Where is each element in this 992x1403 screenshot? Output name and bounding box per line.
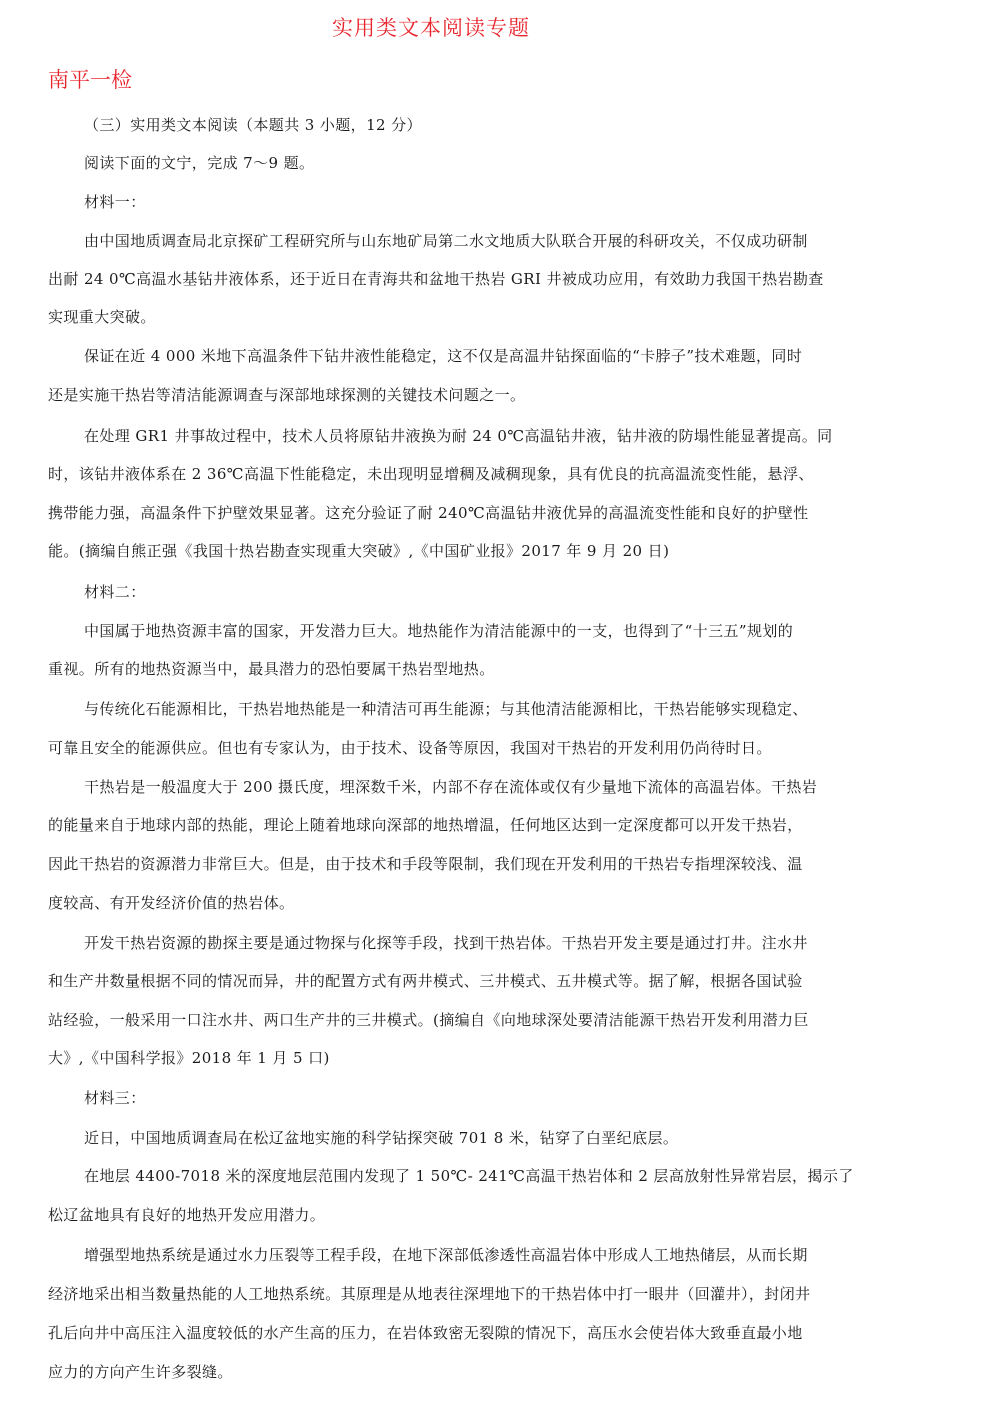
text-line: 可靠且安全的能源供应。但也有专家认为，由于技术、设备等原因，我国对干热岩的开发利… [48, 737, 772, 758]
text-line: 实现重大突破。 [48, 306, 156, 327]
text-line: 保证在近 4 000 米地下高温条件下钻井液性能稳定，这不仅是高温井钻探面临的“… [84, 345, 802, 366]
text-line: 时，该钻井液体系在 2 36℃高温下性能稳定，未出现明显增稠及减稠现象，具有优良… [48, 463, 814, 484]
material-label: 材料二： [84, 581, 146, 602]
text-line: 的能量来自于地球内部的热能，理论上随着地球向深部的地热增温，任何地区达到一定深度… [48, 814, 803, 835]
text-line: 能。(摘编自熊正强《我国十热岩勘查实现重大突破》,《中国矿业报》2017 年 9… [48, 540, 669, 561]
text-line: 度较高、有开发经济价值的热岩体。 [48, 892, 294, 913]
material-label: 材料一： [84, 191, 146, 212]
text-line: 大》,《中国科学报》2018 年 1 月 5 口) [48, 1047, 330, 1068]
text-line: 在处理 GR1 井事故过程中，技术人员将原钻井液换为耐 24 0℃高温钻井液，钻… [84, 425, 833, 446]
text-line: 还是实施干热岩等清洁能源调查与深部地球探测的关键技术问题之一。 [48, 384, 525, 405]
text-line: 在地层 4400-7018 米的深度地层范围内发现了 1 50℃- 241℃高温… [84, 1165, 854, 1186]
text-line: 近日，中国地质调查局在松辽盆地实施的科学钻探突破 701 8 米，钻穿了白垩纪底… [84, 1127, 678, 1148]
text-line: 出耐 24 0℃高温水基钻井液体系，还于近日在青海共和盆地干热岩 GRI 井被成… [48, 268, 824, 289]
document-title: 实用类文本阅读专题 [0, 12, 862, 42]
section-header: （三）实用类文本阅读（本题共 3 小题，12 分） [84, 114, 422, 135]
text-line: 松辽盆地具有良好的地热开发应用潜力。 [48, 1204, 325, 1225]
text-line: 与传统化石能源相比，干热岩地热能是一种清洁可再生能源；与其他清洁能源相比，干热岩… [84, 698, 808, 719]
text-line: 应力的方向产生许多裂缝。 [48, 1361, 233, 1382]
text-line: 经济地采出相当数量热能的人工地热系统。其原理是从地表往深埋地下的干热岩体中打一眼… [48, 1283, 811, 1304]
text-line: 中国属于地热资源丰富的国家，开发潜力巨大。地热能作为清洁能源中的一支，也得到了“… [84, 620, 793, 641]
text-line: 和生产井数量根据不同的情况而异，井的配置方式有两井模式、三井模式、五井模式等。据… [48, 970, 803, 991]
text-line: 孔后向井中高压注入温度较低的水产生高的压力，在岩体致密无裂隙的情况下，高压水会使… [48, 1322, 803, 1343]
material-label: 材料三： [84, 1087, 146, 1108]
text-line: 由中国地质调查局北京探矿工程研究所与山东地矿局第二水文地质大队联合开展的科研攻关… [84, 230, 808, 251]
region-title: 南平一检 [48, 64, 132, 94]
text-line: 重视。所有的地热资源当中，最具潜力的恐怕要属干热岩型地热。 [48, 658, 495, 679]
text-line: 站经验，一般采用一口注水井、两口生产井的三井模式。(摘编自《向地球深处要清洁能源… [48, 1009, 809, 1030]
text-line: 携带能力强，高温条件下护壁效果显著。这充分验证了耐 240℃高温钻井液优异的高温… [48, 502, 809, 523]
text-line: 开发干热岩资源的勘探主要是通过物探与化探等手段，找到干热岩体。干热岩开发主要是通… [84, 932, 808, 953]
instruction: 阅读下面的文宁，完成 7～9 题。 [84, 152, 314, 173]
text-line: 干热岩是一般温度大于 200 摄氏度，埋深数千米，内部不存在流体或仅有少量地下流… [84, 776, 817, 797]
text-line: 增强型地热系统是通过水力压裂等工程手段，在地下深部低渗透性高温岩体中形成人工地热… [84, 1244, 808, 1265]
text-line: 因此干热岩的资源潜力非常巨大。但是，由于技术和手段等限制，我们现在开发利用的干热… [48, 853, 803, 874]
